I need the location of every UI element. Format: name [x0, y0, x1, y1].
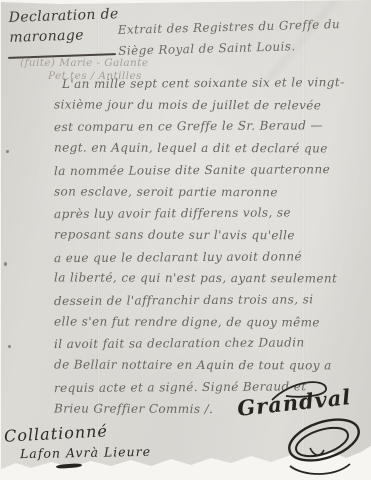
title-line-1: Declaration de: [8, 4, 119, 28]
manuscript-line: la liberté, ce qui n'est pas, ayant seul…: [54, 268, 366, 291]
manuscript-line: dessein de l'affranchir dans trois ans, …: [54, 289, 366, 313]
title-annotation: Declaration de maronage: [8, 4, 119, 48]
manuscript-line: est comparu en ce Greffe le Sr. Beraud —: [54, 115, 366, 139]
signature-flourish-line: [56, 463, 82, 469]
manuscript-line: après luy avoir fait differens vols, se: [54, 202, 366, 226]
document-scan: Declaration de maronage (fuite) Marie - …: [0, 0, 371, 480]
ink-speck: [4, 262, 7, 266]
manuscript-line: L'an mille sept cent soixante six et le …: [62, 72, 366, 96]
manuscript-line: il avoit fait sa declaration chez Daudin: [54, 332, 366, 356]
ink-speck: [8, 345, 11, 348]
ink-speck: [6, 150, 9, 153]
manuscript-line: reposant sans doute sur l'avis qu'elle: [54, 224, 366, 247]
manuscript-line: son esclave, seroit partie maronne: [54, 181, 366, 204]
manuscript-line: a eue que le declarant luy avoit donné: [54, 246, 366, 270]
manuscript-body: L'an mille sept cent soixante six et le …: [54, 73, 366, 420]
extract-header: Extrait des Registres du Greffe du Siège…: [117, 14, 340, 62]
collation-signature: Lafon Avrà Lieure: [20, 444, 151, 461]
manuscript-line: la nommée Louise dite Sanite quarteronne: [54, 159, 366, 183]
manuscript-line: elle s'en fut rendre digne, de quoy même: [54, 311, 366, 334]
title-line-2: maronage: [9, 24, 120, 48]
manuscript-line: negt. en Aquin, lequel a dit et declaré …: [54, 138, 366, 161]
manuscript-line: sixième jour du mois de juillet de relev…: [54, 94, 366, 117]
